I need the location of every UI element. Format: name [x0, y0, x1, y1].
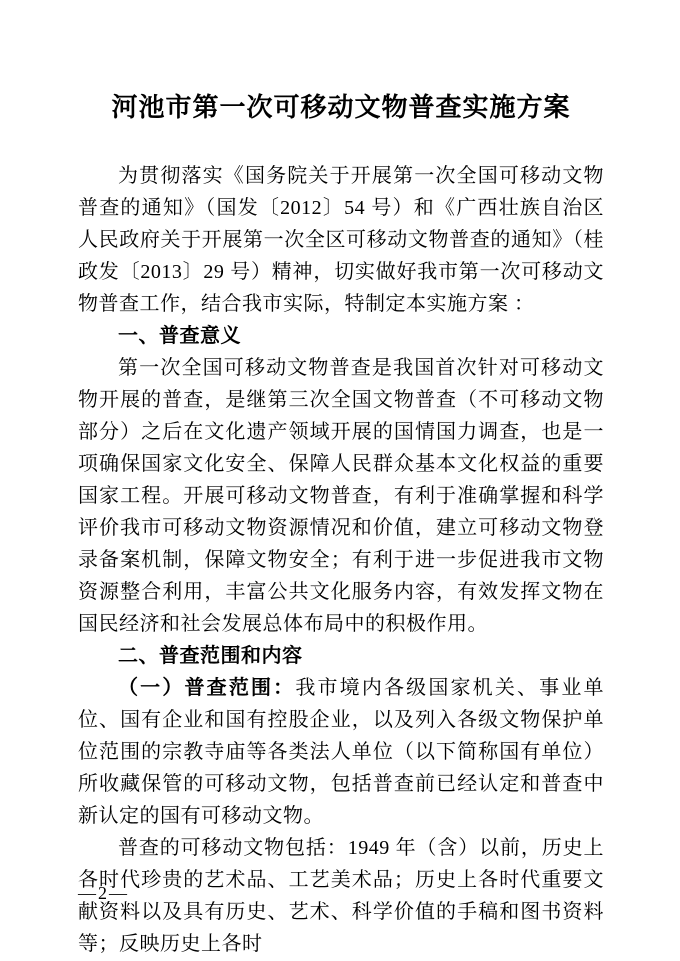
paragraph-preamble: 为贯彻落实《国务院关于开展第一次全国可移动文物普查的通知》（国发〔2012〕54… — [78, 160, 604, 320]
paragraph-scope-lead: （一）普查范围： — [118, 677, 295, 699]
document-body: 为贯彻落实《国务院关于开展第一次全国可移动文物普查的通知》（国发〔2012〕54… — [78, 160, 604, 960]
document-content: 河池市第一次可移动文物普查实施方案 为贯彻落实《国务院关于开展第一次全国可移动文… — [78, 0, 604, 960]
section-heading-1: 一、普查意义 — [78, 320, 604, 352]
paragraph-scope: （一）普查范围：我市境内各级国家机关、事业单位、国有企业和国有控股企业，以及列入… — [78, 672, 604, 832]
paragraph-relics-included: 普查的可移动文物包括：1949 年（含）以前，历史上各时代珍贵的艺术品、工艺美术… — [78, 832, 604, 960]
document-page: 河池市第一次可移动文物普查实施方案 为贯彻落实《国务院关于开展第一次全国可移动文… — [0, 0, 680, 961]
paragraph-scope-text: 我市境内各级国家机关、事业单位、国有企业和国有控股企业，以及列入各级文物保护单位… — [78, 677, 604, 827]
section-heading-2: 二、普查范围和内容 — [78, 640, 604, 672]
paragraph-significance: 第一次全国可移动文物普查是我国首次针对可移动文物开展的普查，是继第三次全国文物普… — [78, 352, 604, 640]
page-number: —2— — [78, 880, 129, 906]
document-title: 河池市第一次可移动文物普查实施方案 — [78, 92, 604, 124]
